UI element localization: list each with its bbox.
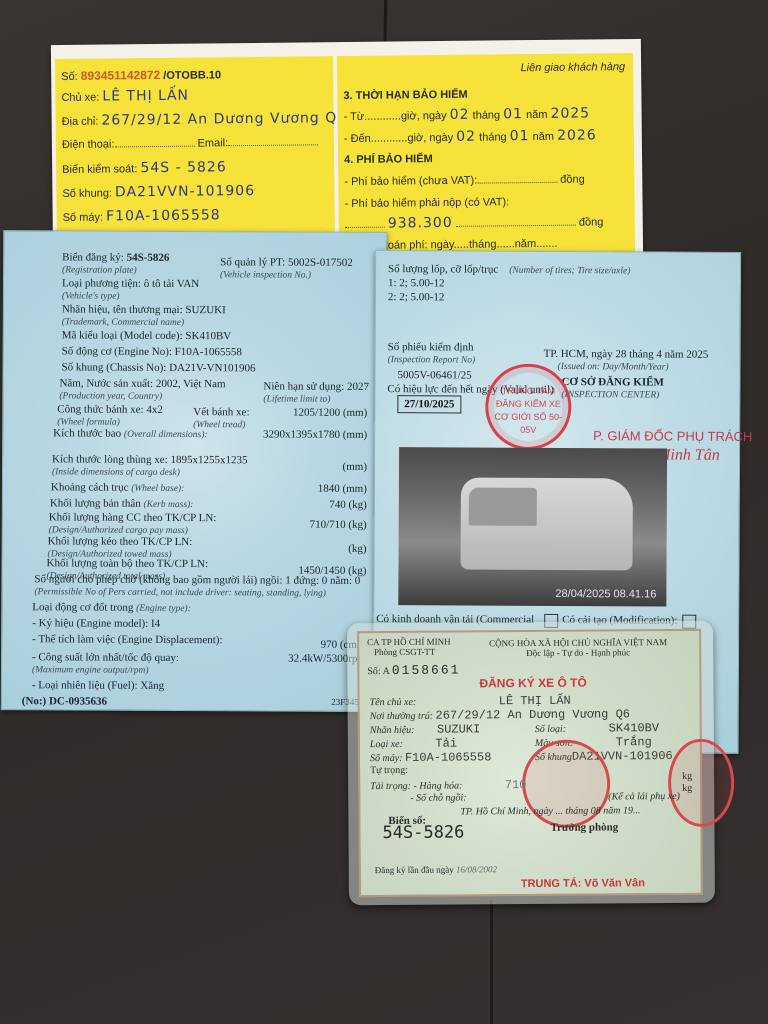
kg-unit: kg — [682, 783, 692, 794]
fee-heading: 4. PHÍ BẢO HIỂM — [344, 153, 433, 166]
spec-value: (kg) — [348, 543, 366, 555]
spec-value: (mm) — [343, 461, 368, 473]
spec-value: 1840 (mm) — [318, 483, 367, 495]
insurance-left-panel: Số: 893451142872 /OTOBB.10 Chủ xe: LÊ TH… — [55, 56, 335, 259]
wheel-formula-field: Công thức bánh xe: 4x2 (Wheel formula) — [57, 403, 163, 428]
engine-number: F10A-1065558 — [106, 207, 221, 224]
spec-row: Khối lượng bản thân (Kerb mass): — [50, 497, 194, 510]
vehicle-type-field: Loại phương tiện: ô tô tải VAN (Vehicle'… — [62, 277, 199, 302]
chassis-no-field: Số khung (Chassis No): DA21V-VN101906 — [62, 361, 256, 374]
engine-field: Số máy: F10A-1065558 — [370, 750, 492, 765]
nation-header: CỘNG HÒA XÃ HỘI CHỦ NGHĨA VIỆT NAM Độc l… — [489, 637, 667, 658]
fee-vat-amount: 938.300 — [388, 215, 453, 232]
issued-date: TP. HCM, ngày 28 tháng 4 năm 2025 — [544, 348, 709, 361]
van-image — [460, 477, 632, 570]
spec-row: Kích thước bao (Overall dimensions): — [53, 427, 207, 440]
tire-axle-1: 1: 2; 5.00-12 — [388, 277, 445, 289]
registration-serial: Số: A 0158661 — [367, 662, 460, 678]
chassis-number: DA21VVN-101906 — [115, 183, 255, 200]
plate-number: 54S - 5826 — [140, 159, 226, 176]
tire-axle-2: 2: 2; 5.00-12 — [388, 291, 445, 303]
wheel-tread-field: Vết bánh xe: (Wheel tread) — [193, 406, 249, 430]
period-to-row: - Đến............giờ, ngày 02 tháng 01 n… — [344, 127, 597, 146]
inspection-no-field: Số quản lý PT: 5002S-017502 (Vehicle ins… — [220, 256, 353, 281]
model-code-field: Mã kiểu loại (Model code): SK410BV — [62, 329, 232, 342]
registration-plate: 54S-5826 — [382, 822, 464, 843]
registration-title: ĐĂNG KÝ XE Ô TÔ — [479, 676, 586, 691]
center-en: (INSPECTION CENTER) — [561, 390, 659, 401]
address-row: Địa chỉ: 267/29/12 An Dương Vương Q6 — [62, 110, 348, 129]
production-field: Năm, Nước sản xuất: 2002, Việt Nam (Prod… — [59, 377, 225, 402]
fee-vat-row: 938.300 đồng — [345, 213, 604, 232]
model-field: Số loại: SK410BV — [535, 721, 659, 736]
photo-timestamp: 28/04/2025 08.41.16 — [555, 588, 656, 601]
spec-value: 3290x1395x1780 (mm) — [263, 428, 367, 441]
fee-pre-vat-row: - Phí bảo hiểm (chưa VAT): đồng — [344, 174, 585, 189]
kg-unit: kg — [682, 771, 692, 782]
vehicle-registration-card: CA TP HỒ CHÍ MINH Phòng CSGT-TT CỘNG HÒA… — [347, 621, 715, 906]
fuel-field: - Loại nhiên liệu (Fuel): Xăng — [32, 679, 164, 692]
center-label: CƠ SỞ ĐĂNG KIỂM — [561, 376, 663, 389]
first-registration: Đăng ký lần đầu ngày 16/08/2002 — [375, 864, 497, 875]
serial-field: (No:) DC-0935636 — [22, 695, 107, 707]
power-field: - Công suất lớn nhất/tốc độ quay: (Maxim… — [32, 651, 179, 676]
period-from-row: - Từ............giờ, ngày 02 tháng 01 nă… — [344, 105, 591, 124]
issued-en: (Issued on: Day/Month/Year) — [558, 362, 669, 373]
displacement-field: - Thể tích làm việc (Engine Displacement… — [32, 633, 222, 646]
incl-driver-note: (Kể cả lái phụ xe) — [608, 791, 680, 802]
lifetime-field: Niên hạn sử dụng: 2027 (Lifetime limit t… — [263, 380, 369, 405]
type-field: Loại xe: Tải — [370, 737, 457, 752]
seats-field: - Số chỗ ngồi: — [410, 792, 466, 803]
insurance-number: 893451142872 — [81, 68, 161, 83]
copy-label: Liên giao khách hàng — [520, 61, 625, 74]
insurance-right-panel: Liên giao khách hàng 3. THỜI HẠN BẢO HIỂ… — [337, 53, 635, 256]
registration-card-body: CA TP HỒ CHÍ MINH Phòng CSGT-TT CỘNG HÒA… — [357, 629, 703, 897]
insurance-number-row: Số: 893451142872 /OTOBB.10 — [61, 67, 221, 83]
chassis-row: Số khung: DA21VVN-101906 — [62, 183, 255, 201]
spec-row: Khoảng cách trục (Wheel base): — [51, 481, 184, 494]
passengers-field: Số người cho phép chở (không bao gồm ngư… — [34, 573, 360, 599]
inspection-stamp: TRUNG TÂM ĐĂNG KIỂM XE CƠ GIỚI SỐ 50-05V — [485, 364, 571, 450]
vehicle-photo: 28/04/2025 08.41.16 — [398, 447, 667, 606]
spec-value: 740 (kg) — [329, 499, 367, 511]
engine-row: Số máy: F10A-1065558 — [63, 207, 221, 225]
valid-until-date: 27/10/2025 — [397, 395, 461, 413]
load-field: Tải trọng: - Hàng hóa: 710 — [370, 778, 526, 793]
wheel-tread-value: 1205/1200 (mm) — [293, 407, 367, 419]
table-seam — [490, 900, 493, 1024]
issued-place-date: TP. Hồ Chí Minh, ngày ... tháng 08 năm 1… — [460, 805, 640, 817]
owner-row: Chủ xe: LÊ THỊ LẤN — [61, 88, 189, 105]
trademark-field: Nhãn hiệu, tên thương mại: SUZUKI (Trade… — [62, 303, 226, 328]
spec-row: Kích thước lòng thùng xe: 1895x1255x1235… — [52, 453, 248, 478]
owner-field: Tên chủ xe: LÊ THỊ LẤN — [370, 694, 571, 709]
phone-email-row: Điện thoại: Email: — [62, 136, 318, 151]
issuer: CA TP HỒ CHÍ MINH Phòng CSGT-TT — [367, 637, 451, 658]
spec-row: Khối lượng hàng CC theo TK/CP LN: (Desig… — [49, 511, 217, 536]
plate-field: Biển đăng ký: 54S-5826 (Registration pla… — [62, 251, 169, 276]
head-label: Trưởng phòng — [550, 821, 618, 833]
tires-field: Số lượng lốp, cỡ lốp/trục (Number of tir… — [388, 263, 630, 276]
address: 267/29/12 An Dương Vương Q6 — [101, 110, 347, 129]
spec-value: 710/710 (kg) — [310, 519, 367, 531]
certificate-left-page: Biển đăng ký: 54S-5826 (Registration pla… — [1, 230, 388, 712]
report-no-field: Số phiếu kiểm định (Inspection Report No… — [388, 341, 476, 365]
self-weight-field: Tự trọng: — [370, 765, 408, 776]
engine-no-field: Số động cơ (Engine No): F10A-1065558 — [62, 345, 242, 358]
report-no: 5005V-06461/25 — [397, 369, 471, 381]
period-heading: 3. THỜI HẠN BẢO HIỂM — [343, 89, 467, 102]
spec-row: Khối lượng kéo theo TK/CP LN: (Design/Au… — [48, 535, 193, 560]
fee-vat-label: - Phí bảo hiểm phải nộp (có VAT): — [344, 196, 509, 210]
officer-signature: TRUNG TÁ: Võ Văn Vân — [521, 877, 645, 890]
engine-model-field: - Ký hiệu (Engine model): I4 — [32, 617, 160, 630]
engine-type-field: Loại động cơ đốt trong (Engine type): — [32, 601, 191, 614]
police-stamp — [668, 739, 735, 827]
brand-field: Nhãn hiệu: SUZUKI — [370, 722, 481, 737]
director-title: P. GIÁM ĐỐC PHỤ TRÁCH — [593, 428, 752, 444]
spec-list: Kích thước bao (Overall dimensions):3290… — [4, 231, 386, 233]
plate-row: Biển kiểm soát: 54S - 5826 — [62, 159, 227, 177]
owner-name: LÊ THỊ LẤN — [102, 88, 189, 105]
